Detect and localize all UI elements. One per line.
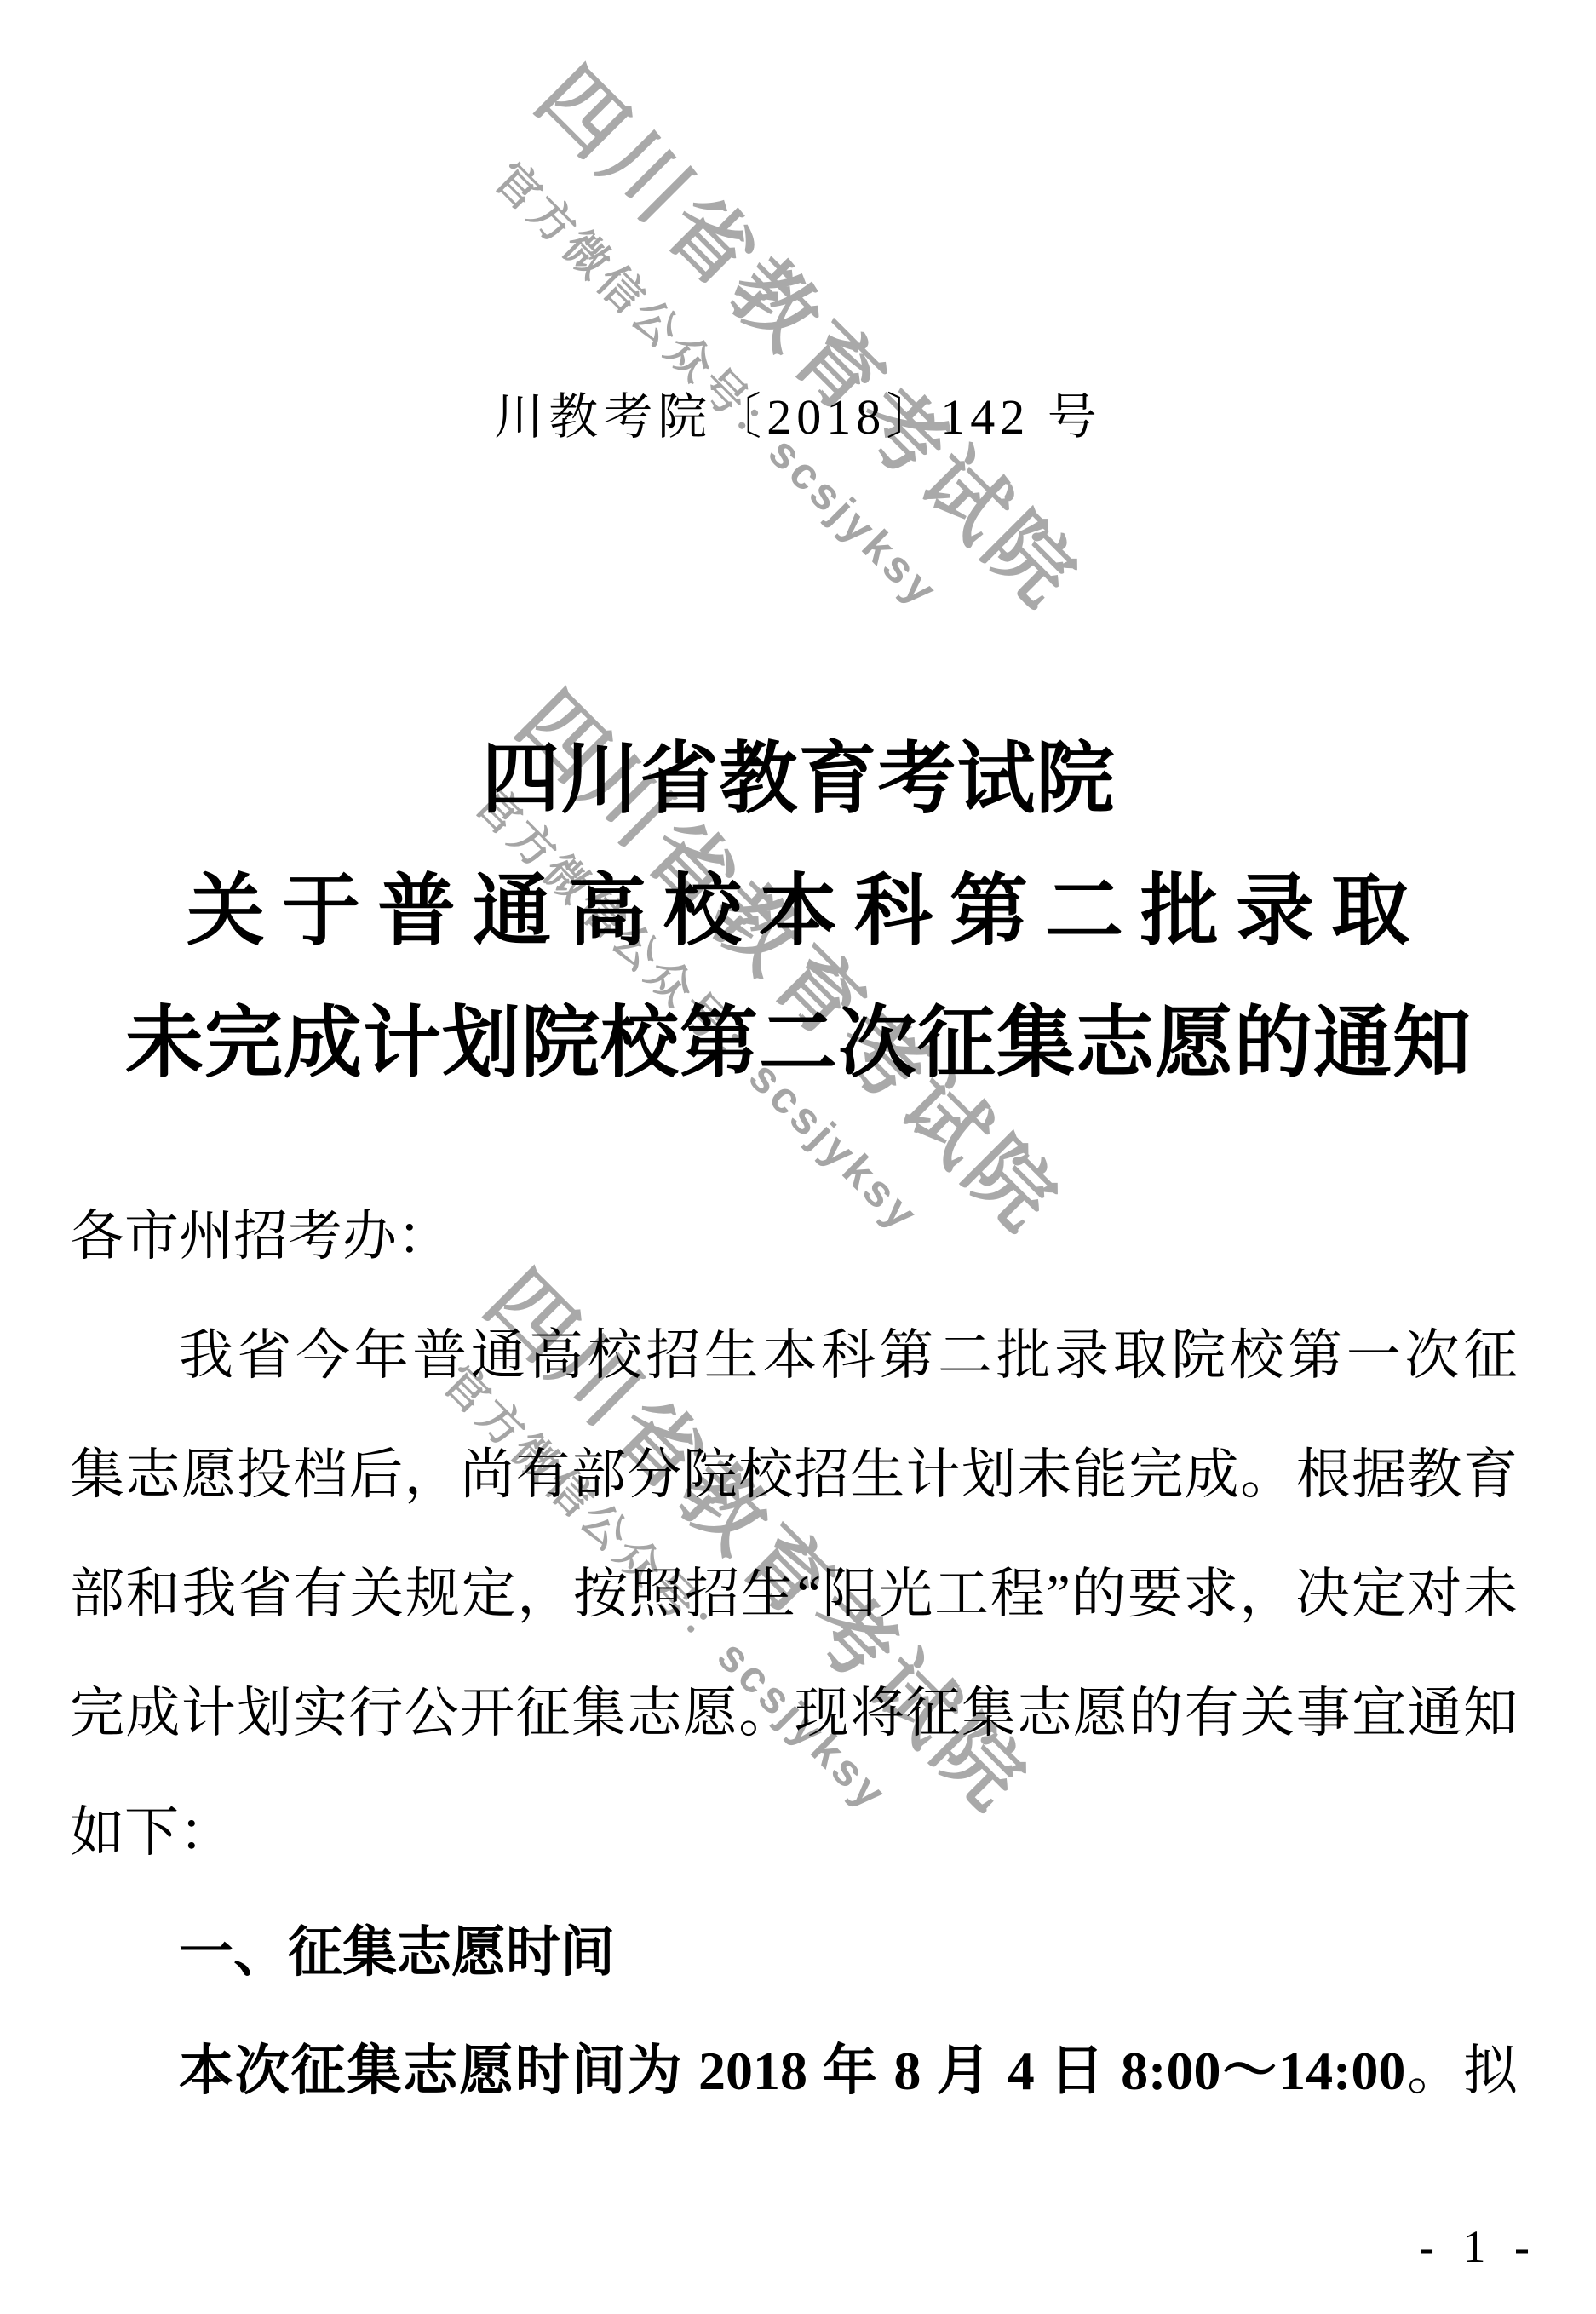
time-line-normal: 。拟: [1405, 2041, 1518, 2101]
paragraph-line: 部和我省有关规定，按照招生“阳光工程”的要求，决定对未: [70, 1535, 1518, 1654]
paragraph-line: 完成计划实行公开征集志愿。现将征集志愿的有关事宜通知: [70, 1654, 1518, 1773]
time-line-bold: 本次征集志愿时间为 2018 年 8 月 4 日 8:00～14:00: [179, 2041, 1405, 2101]
section-heading: 一、征集志愿时间: [70, 1892, 1518, 2012]
doc-number: 川教考院〔2018〕142 号: [0, 376, 1596, 448]
document-page: 四川省教育考试院 官方微信公众号：scsjyksy 四川省教育考试院 官方微信公…: [0, 0, 1596, 2314]
document-body: 各市州招考办： 我省今年普通高校招生本科第二批录取院校第一次征 集志愿投档后，尚…: [70, 1177, 1518, 2131]
watermark-main-text: 四川省教育考试院: [515, 36, 1111, 631]
title-line-1: 四川省教育考试院: [0, 714, 1596, 846]
time-line: 本次征集志愿时间为 2018 年 8 月 4 日 8:00～14:00。拟: [70, 2012, 1518, 2131]
page-number: - 1 -: [1419, 2220, 1538, 2273]
paragraph-line: 集志愿投档后，尚有部分院校招生计划未能完成。根据教育: [70, 1415, 1518, 1535]
watermark: 四川省教育考试院 官方微信公众号：scsjyksy: [464, 36, 1111, 682]
title-line-2: 关于普通高校本科第二批录取: [0, 846, 1596, 978]
title-line-3: 未完成计划院校第二次征集志愿的通知: [0, 978, 1596, 1110]
document-title: 四川省教育考试院 关于普通高校本科第二批录取 未完成计划院校第二次征集志愿的通知: [0, 714, 1596, 1110]
paragraph-line: 我省今年普通高校招生本科第二批录取院校第一次征: [70, 1296, 1518, 1415]
salutation: 各市州招考办：: [70, 1177, 1518, 1296]
paragraph-line: 如下：: [70, 1773, 1518, 1892]
